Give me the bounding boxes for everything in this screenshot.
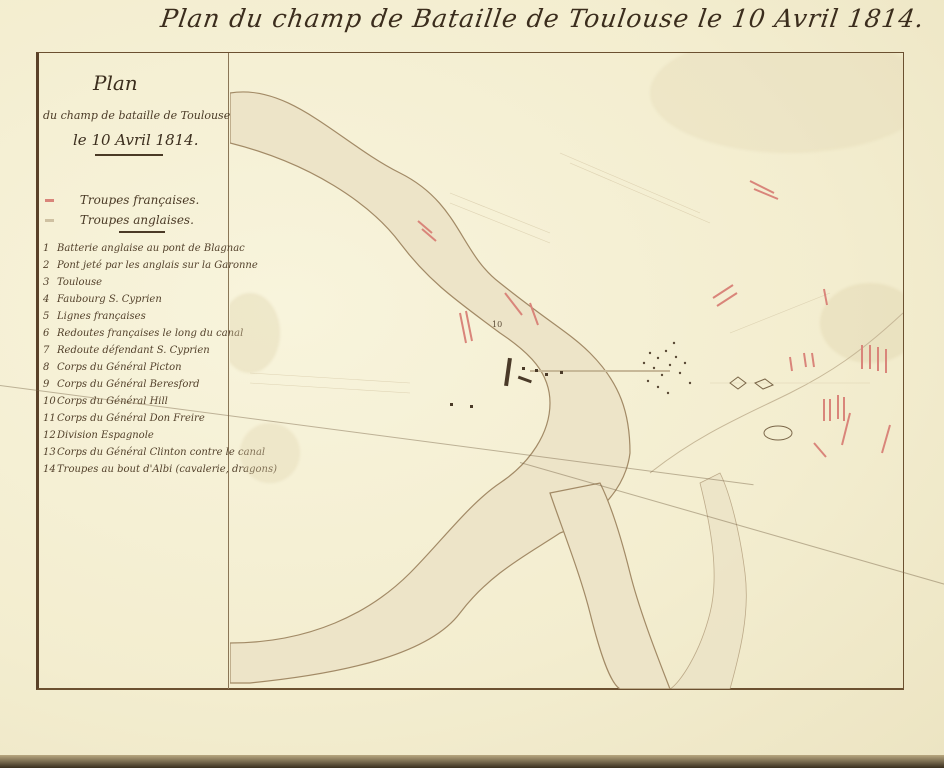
legend-key-french: Troupes françaises. <box>45 193 199 207</box>
legend-date: le 10 Avril 1814. <box>73 131 198 149</box>
frame-shadow <box>0 755 944 768</box>
map-label: 10 <box>492 320 502 329</box>
legend-key-english: Troupes anglaises. <box>45 213 194 227</box>
english-troops-symbol-icon <box>45 219 54 222</box>
toulouse-town <box>643 342 691 394</box>
redoubts <box>730 377 792 440</box>
battlefield-map: 10 <box>230 53 903 689</box>
garonne-river <box>230 92 746 689</box>
legend-divider-2 <box>119 231 165 233</box>
legend-plan-title: Plan <box>93 71 138 95</box>
legend-panel: Plan du champ de bataille de Toulouse le… <box>39 53 229 689</box>
legend-divider <box>95 154 163 156</box>
map-title: Plan du champ de Bataille de Toulouse le… <box>157 4 803 44</box>
french-troops-symbol-icon <box>45 199 54 202</box>
legend-subtitle: du champ de bataille de Toulouse <box>43 109 230 122</box>
map-drawing: 10 <box>230 53 903 689</box>
